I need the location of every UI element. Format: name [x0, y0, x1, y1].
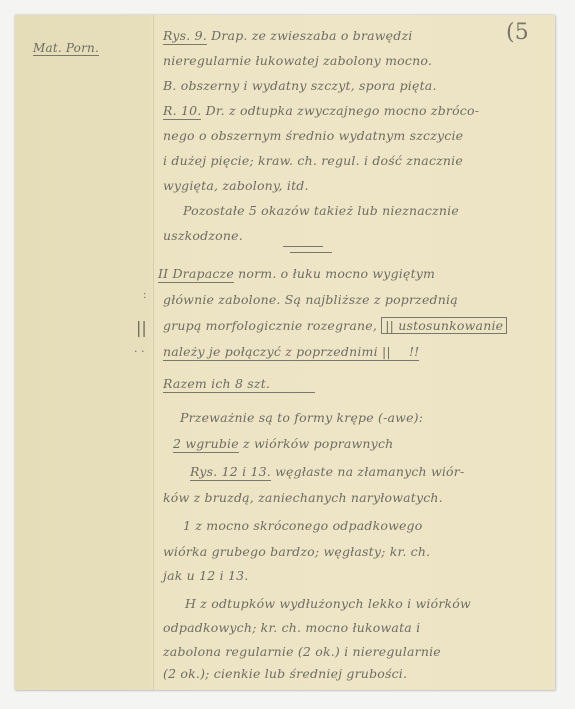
- text-line: II Drapacze norm. o łuku mocno wygiętym: [158, 268, 435, 281]
- figure-reference: Rys. 12 i 13.: [190, 464, 271, 481]
- section-separator: [283, 246, 323, 247]
- text-line: należy je połączyć z poprzednimi || !!: [163, 346, 419, 361]
- text-line: jak u 12 i 13.: [163, 570, 248, 583]
- text-line: 2 wgrubie z wiórków poprawnych: [173, 438, 393, 451]
- text-line: (2 ok.); cienkie lub średniej grubości.: [163, 668, 407, 681]
- margin-double-bar-mark: ||: [136, 318, 147, 337]
- text-line: i dużej pięcie; kraw. ch. regul. i dość …: [163, 155, 463, 168]
- text-line: zabolona regularnie (2 ok.) i nieregular…: [163, 646, 441, 659]
- emphasis-mark: !!: [409, 344, 419, 359]
- boxed-note: || ustosunkowanie: [381, 317, 507, 334]
- margin-label: Mat. Porn.: [33, 42, 99, 56]
- boxed-note-continuation: należy je połączyć z poprzednimi ||: [163, 344, 391, 359]
- text-line: głównie zabolone. Są najbliższe z poprze…: [163, 294, 458, 307]
- text-line: 1 z mocno skróconego odpadkowego: [183, 520, 423, 533]
- text-line: Rys. 12 i 13. węgłaste na złamanych wiór…: [190, 466, 464, 479]
- text-line: wygięta, zabolony, itd.: [163, 180, 309, 193]
- section-heading: II Drapacze: [158, 266, 234, 283]
- text-line: nego o obszernym średnio wydatnym szczyc…: [163, 130, 463, 143]
- text-line: Rys. 9. Drap. ze zwieszaba o brawędzi: [163, 30, 412, 43]
- text-line: uszkodzone.: [163, 230, 243, 243]
- text-line: Pozostałe 5 okazów takież lub nieznaczni…: [183, 205, 459, 218]
- text-line: ków z bruzdą, zaniechanych naryłowatych.: [163, 492, 443, 505]
- text-line: odpadkowych; kr. ch. mocno łukowata i: [163, 622, 420, 635]
- text-line: H z odtupków wydłużonych lekko i wiórków: [185, 598, 471, 611]
- section-separator: [290, 252, 332, 253]
- page-number: (5: [506, 22, 529, 44]
- text-line: nieregularnie łukowatej zabolony mocno.: [163, 55, 432, 68]
- text-line: R. 10. Dr. z odtupka zwyczajnego mocno z…: [163, 105, 479, 118]
- text-line: B. obszerny i wydatny szczyt, spora pięt…: [163, 80, 437, 93]
- text-line: Razem ich 8 szt.: [163, 378, 315, 393]
- figure-reference: R. 10.: [163, 103, 201, 120]
- margin-dots-mark: . .: [134, 342, 145, 355]
- margin-colon-mark: :: [143, 290, 146, 301]
- figure-reference: Rys. 9.: [163, 28, 207, 45]
- text-line: grupą morfologicznie rozegrane, || ustos…: [163, 320, 507, 333]
- underlined-phrase: 2 wgrubie: [173, 436, 239, 453]
- text-line: Przeważnie są to formy krępe (-awe):: [180, 412, 423, 425]
- text-line: wiórka grubego bardzo; węgłasty; kr. ch.: [163, 546, 430, 559]
